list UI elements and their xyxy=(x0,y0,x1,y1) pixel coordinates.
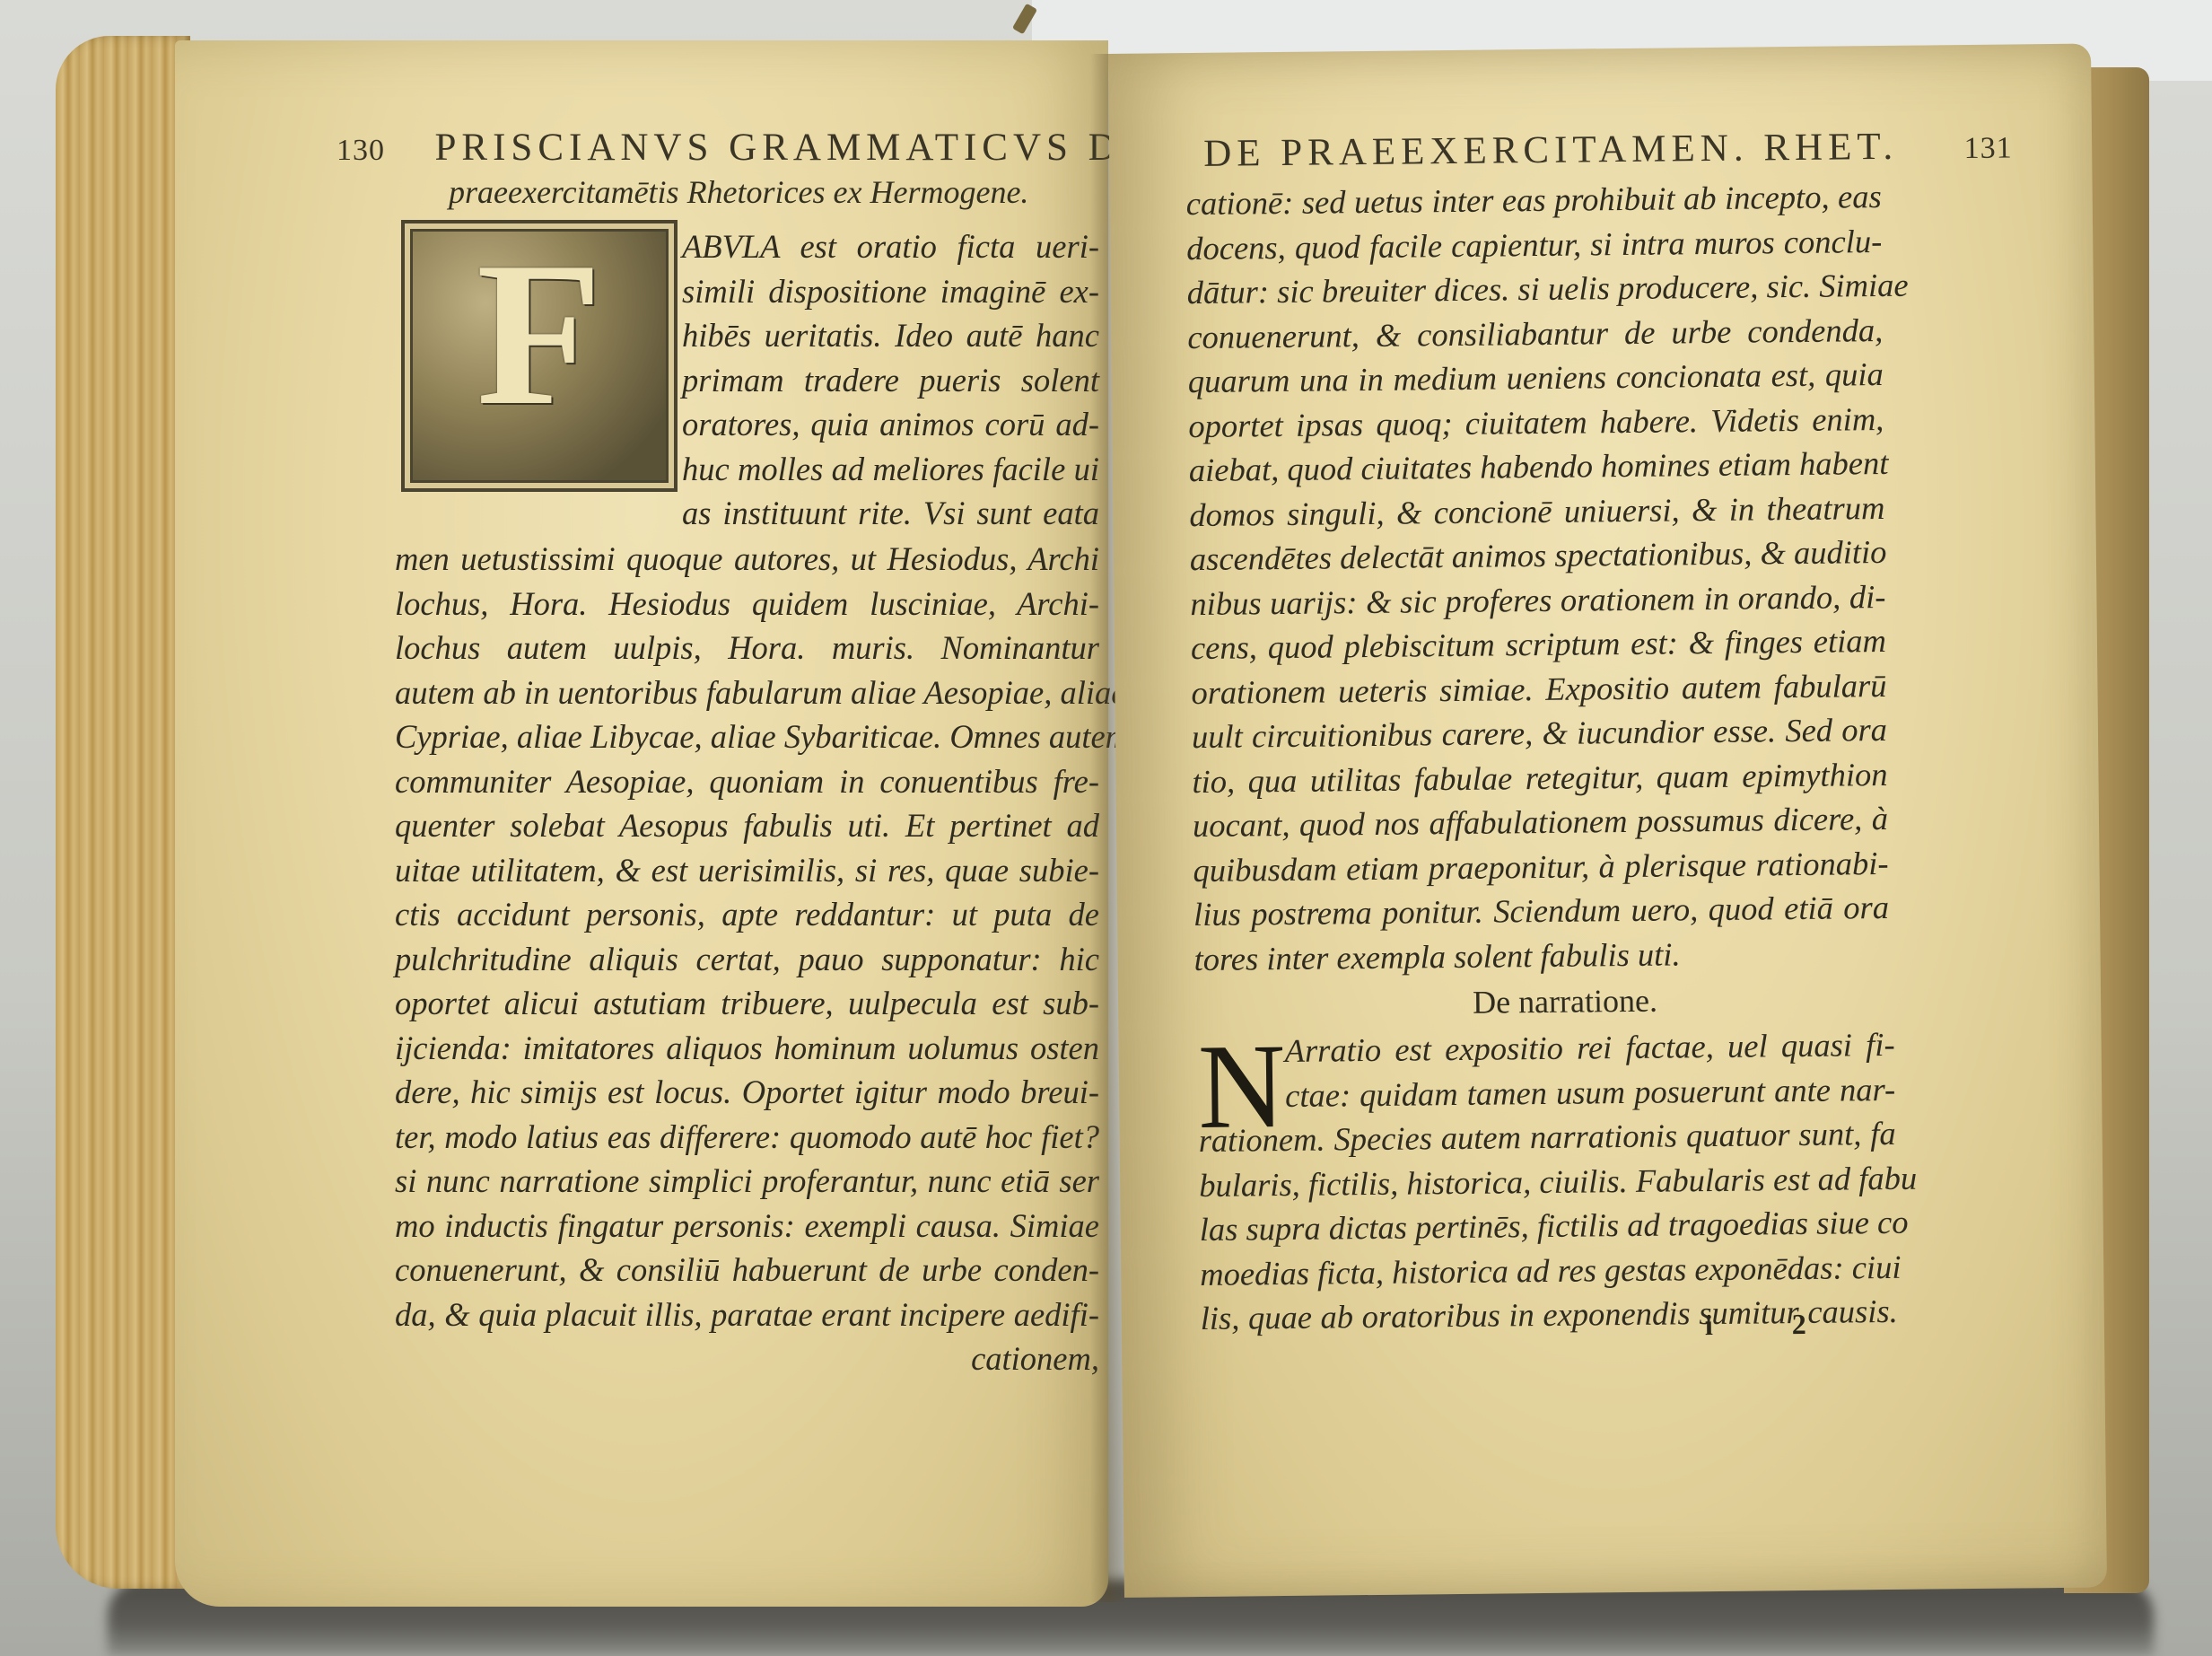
text-line: uocant, quod nos affabulationem possumus… xyxy=(1193,796,1888,848)
text-line: las supra dictas pertinēs, fictilis ad t… xyxy=(1199,1200,1896,1252)
text-line: ctae: quidam tamen usum posuerunt ante n… xyxy=(1285,1066,1895,1117)
text-line: quibusdam etiam praeponitur, à plerisque… xyxy=(1193,840,1888,892)
text-line: oportet alicui astutiam tribuere, uulpec… xyxy=(395,981,1099,1026)
left-running-head-text: PRISCIANVS GRAMMATICVS DE xyxy=(435,127,1151,169)
text-line: rationem. Species autem narrationis quat… xyxy=(1198,1111,1895,1163)
text-line: lochus, Hora. Hesiodus quidem lusciniae,… xyxy=(395,582,1099,626)
text-line: conuenerunt, & consiliū habuerunt de urb… xyxy=(395,1248,1099,1292)
woodcut-initial-f: F xyxy=(401,220,678,492)
catchword: cationem, xyxy=(395,1336,1099,1381)
page-fore-edge xyxy=(56,36,190,1589)
right-text-after-initial: rationem. Species autem narrationis quat… xyxy=(1198,1111,1898,1341)
text-line: simili dispositione imaginē ex- xyxy=(682,269,1099,314)
text-line: lius postrema ponitur. Sciendum uero, qu… xyxy=(1193,885,1889,937)
text-line: ascendētes delectāt animos spectationibu… xyxy=(1190,530,1885,582)
text-line: si nunc narratione simplici proferantur,… xyxy=(395,1159,1099,1204)
text-line: tio, qua utilitas fabulae retegitur, qua… xyxy=(1192,751,1887,803)
right-text-body: cationē: sed uetus inter eas prohibuit a… xyxy=(1185,174,1889,981)
left-text-body: men uetustissimi quoque autores, ut Hesi… xyxy=(395,537,1099,1381)
text-line: docens, quod facile capientur, si intra … xyxy=(1186,218,1882,270)
text-line: quenter solebat Aesopus fabulis uti. Et … xyxy=(395,803,1099,848)
section-title-de-narratione: De narratione. xyxy=(1473,982,1657,1021)
initial-letter-f: F xyxy=(405,215,674,452)
text-line: autem ab in uentoribus fabularum aliae A… xyxy=(395,670,1099,715)
text-line: mo inductis fingatur personis: exempli c… xyxy=(395,1204,1099,1249)
right-page: DE PRAEEXERCITAMEN. RHET. 131 cationē: s… xyxy=(1108,44,2107,1598)
text-line: ter, modo latius eas differere: quomodo … xyxy=(395,1115,1099,1160)
left-text-with-initial: ABVLA est oratio ficta ueri- simili disp… xyxy=(682,224,1099,536)
right-running-head-text: DE PRAEEXERCITAMEN. RHET. xyxy=(1203,126,1898,175)
signature-mark: i 2 xyxy=(1705,1308,1842,1343)
text-line: ctis accidunt personis, apte reddantur: … xyxy=(395,892,1099,937)
text-line: cens, quod plebiscitum scriptum est: & f… xyxy=(1191,618,1886,670)
right-text-with-initial: Arratio est expositio rei factae, uel qu… xyxy=(1284,1022,1895,1117)
left-running-head: 130 PRISCIANVS GRAMMATICVS DE xyxy=(337,126,1150,170)
text-line: da, & quia placuit illis, paratae erant … xyxy=(395,1292,1099,1337)
text-line: aiebat, quod ciuitates habendo homines e… xyxy=(1189,441,1884,493)
text-line: tores inter exempla solent fabulis uti. xyxy=(1193,929,1889,981)
text-line: dere, hic simijs est locus. Oportet igit… xyxy=(395,1070,1099,1115)
text-line: oportet ipsas quoq; ciuitatem habere. Vi… xyxy=(1188,396,1884,448)
text-line: ABVLA est oratio ficta ueri- xyxy=(682,224,1099,269)
text-line: communiter Aesopiae, quoniam in conuenti… xyxy=(395,759,1099,804)
text-line: Cypriae, aliae Libycae, aliae Sybaritica… xyxy=(395,714,1099,759)
text-line: conuenerunt, & consiliabantur de urbe co… xyxy=(1187,307,1883,359)
text-line: lochus autem uulpis, Hora. muris. Nomina… xyxy=(395,626,1099,670)
text-line: cationē: sed uetus inter eas prohibuit a… xyxy=(1185,174,1881,226)
text-line: bularis, fictilis, historica, ciuilis. F… xyxy=(1199,1155,1896,1207)
text-line: Arratio est expositio rei factae, uel qu… xyxy=(1284,1022,1894,1073)
left-subheading: praeexercitamētis Rhetorices ex Hermogen… xyxy=(449,173,1028,211)
text-line: moedias ficta, historica ad res gestas e… xyxy=(1200,1244,1897,1296)
text-line: nibus uarijs: & sic proferes orationem i… xyxy=(1190,574,1885,626)
right-folio: 131 xyxy=(1963,131,2012,165)
text-line: as instituunt rite. Vsi sunt eata xyxy=(682,491,1099,536)
text-line: oratores, quia animos corū ad- xyxy=(682,402,1099,447)
left-folio: 130 xyxy=(337,134,385,167)
text-line: pulchritudine aliquis certat, pauo suppo… xyxy=(395,937,1099,982)
text-line: dātur: sic breuiter dices. si uelis prod… xyxy=(1187,263,1883,315)
text-line: men uetustissimi quoque autores, ut Hesi… xyxy=(395,537,1099,582)
text-line: hibēs ueritatis. Ideo autē hanc xyxy=(682,313,1099,358)
text-line: huc molles ad meliores facile ui xyxy=(682,447,1099,492)
text-line: uult circuitionibus carere, & iucundior … xyxy=(1192,707,1887,759)
text-line: domos singuli, & concionē uniuersi, & in… xyxy=(1189,485,1884,537)
left-page: 130 PRISCIANVS GRAMMATICVS DE praeexerci… xyxy=(175,40,1108,1607)
text-line: ijcienda: imitatores aliquos hominum uol… xyxy=(395,1026,1099,1071)
text-line: orationem ueteris simiae. Expositio aute… xyxy=(1191,662,1886,714)
text-line: quarum una in medium ueniens concionata … xyxy=(1188,352,1884,404)
text-line: primam tradere pueris solent xyxy=(682,358,1099,403)
text-line: uitae utilitatem, & est uerisimilis, si … xyxy=(395,848,1099,893)
right-running-head: DE PRAEEXERCITAMEN. RHET. 131 xyxy=(1203,123,2013,175)
